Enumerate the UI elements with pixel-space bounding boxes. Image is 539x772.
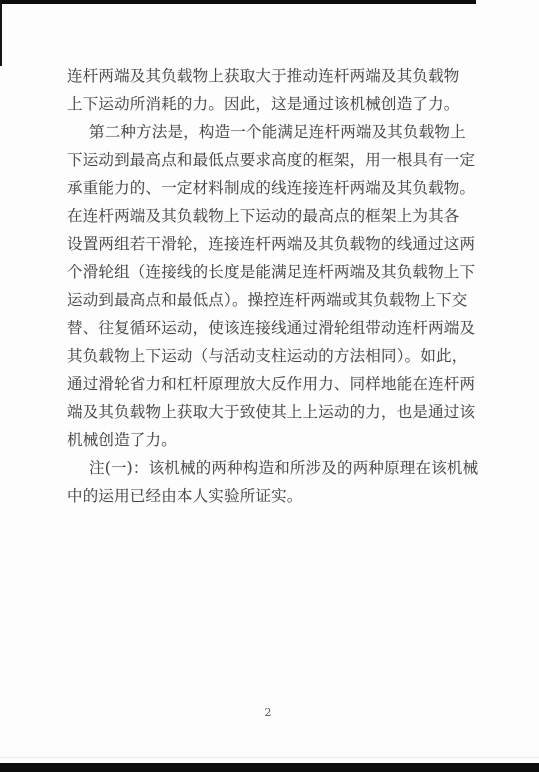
text-line: 第二种方法是，构造一个能满足连杆两端及其负载物上 (67, 118, 473, 146)
scan-artifact-top-bar (0, 0, 476, 4)
text-line: 其负载物上下运动（与活动支柱运动的方法相同）。如此， (67, 342, 473, 370)
text-line: 下运动到最高点和最低点要求高度的框架，用一根具有一定 (67, 146, 473, 174)
text-line: 连杆两端及其负载物上获取大于推动连杆两端及其负载物 (67, 62, 473, 90)
text-line: 个滑轮组（连接线的长度是能满足连杆两端及其负载物上下 (67, 258, 473, 286)
text-line: 通过滑轮省力和杠杆原理放大反作用力、同样地能在连杆两 (67, 370, 473, 398)
text-line: 中的运用已经由本人实验所证实。 (67, 482, 473, 510)
text-line: 运动到最高点和最低点）。操控连杆两端或其负载物上下交 (67, 286, 473, 314)
page-number: 2 (67, 706, 469, 719)
text-line: 设置两组若干滑轮，连接连杆两端及其负载物的线通过这两 (67, 230, 473, 258)
document-page: 连杆两端及其负载物上获取大于推动连杆两端及其负载物 上下运动所消耗的力。因此，这… (0, 0, 539, 772)
text-line: 承重能力的、一定材料制成的线连接连杆两端及其负载物。 (67, 174, 473, 202)
text-line: 上下运动所消耗的力。因此，这是通过该机械创造了力。 (67, 90, 473, 118)
text-line: 机械创造了力。 (67, 426, 473, 454)
text-line: 端及其负载物上获取大于致使其上上运动的力，也是通过该 (67, 398, 473, 426)
scan-artifact-faint-line (0, 757, 539, 758)
text-line: 替、往复循环运动，使该连接线通过滑轮组带动连杆两端及 (67, 314, 473, 342)
text-line: 在连杆两端及其负载物上下运动的最高点的框架上为其各 (67, 202, 473, 230)
scan-artifact-left-bar (0, 0, 2, 66)
text-line: 注(一)：该机械的两种构造和所涉及的两种原理在该机械 (67, 454, 473, 482)
scan-artifact-bottom-bar (0, 763, 539, 772)
body-text: 连杆两端及其负载物上获取大于推动连杆两端及其负载物 上下运动所消耗的力。因此，这… (67, 62, 473, 510)
